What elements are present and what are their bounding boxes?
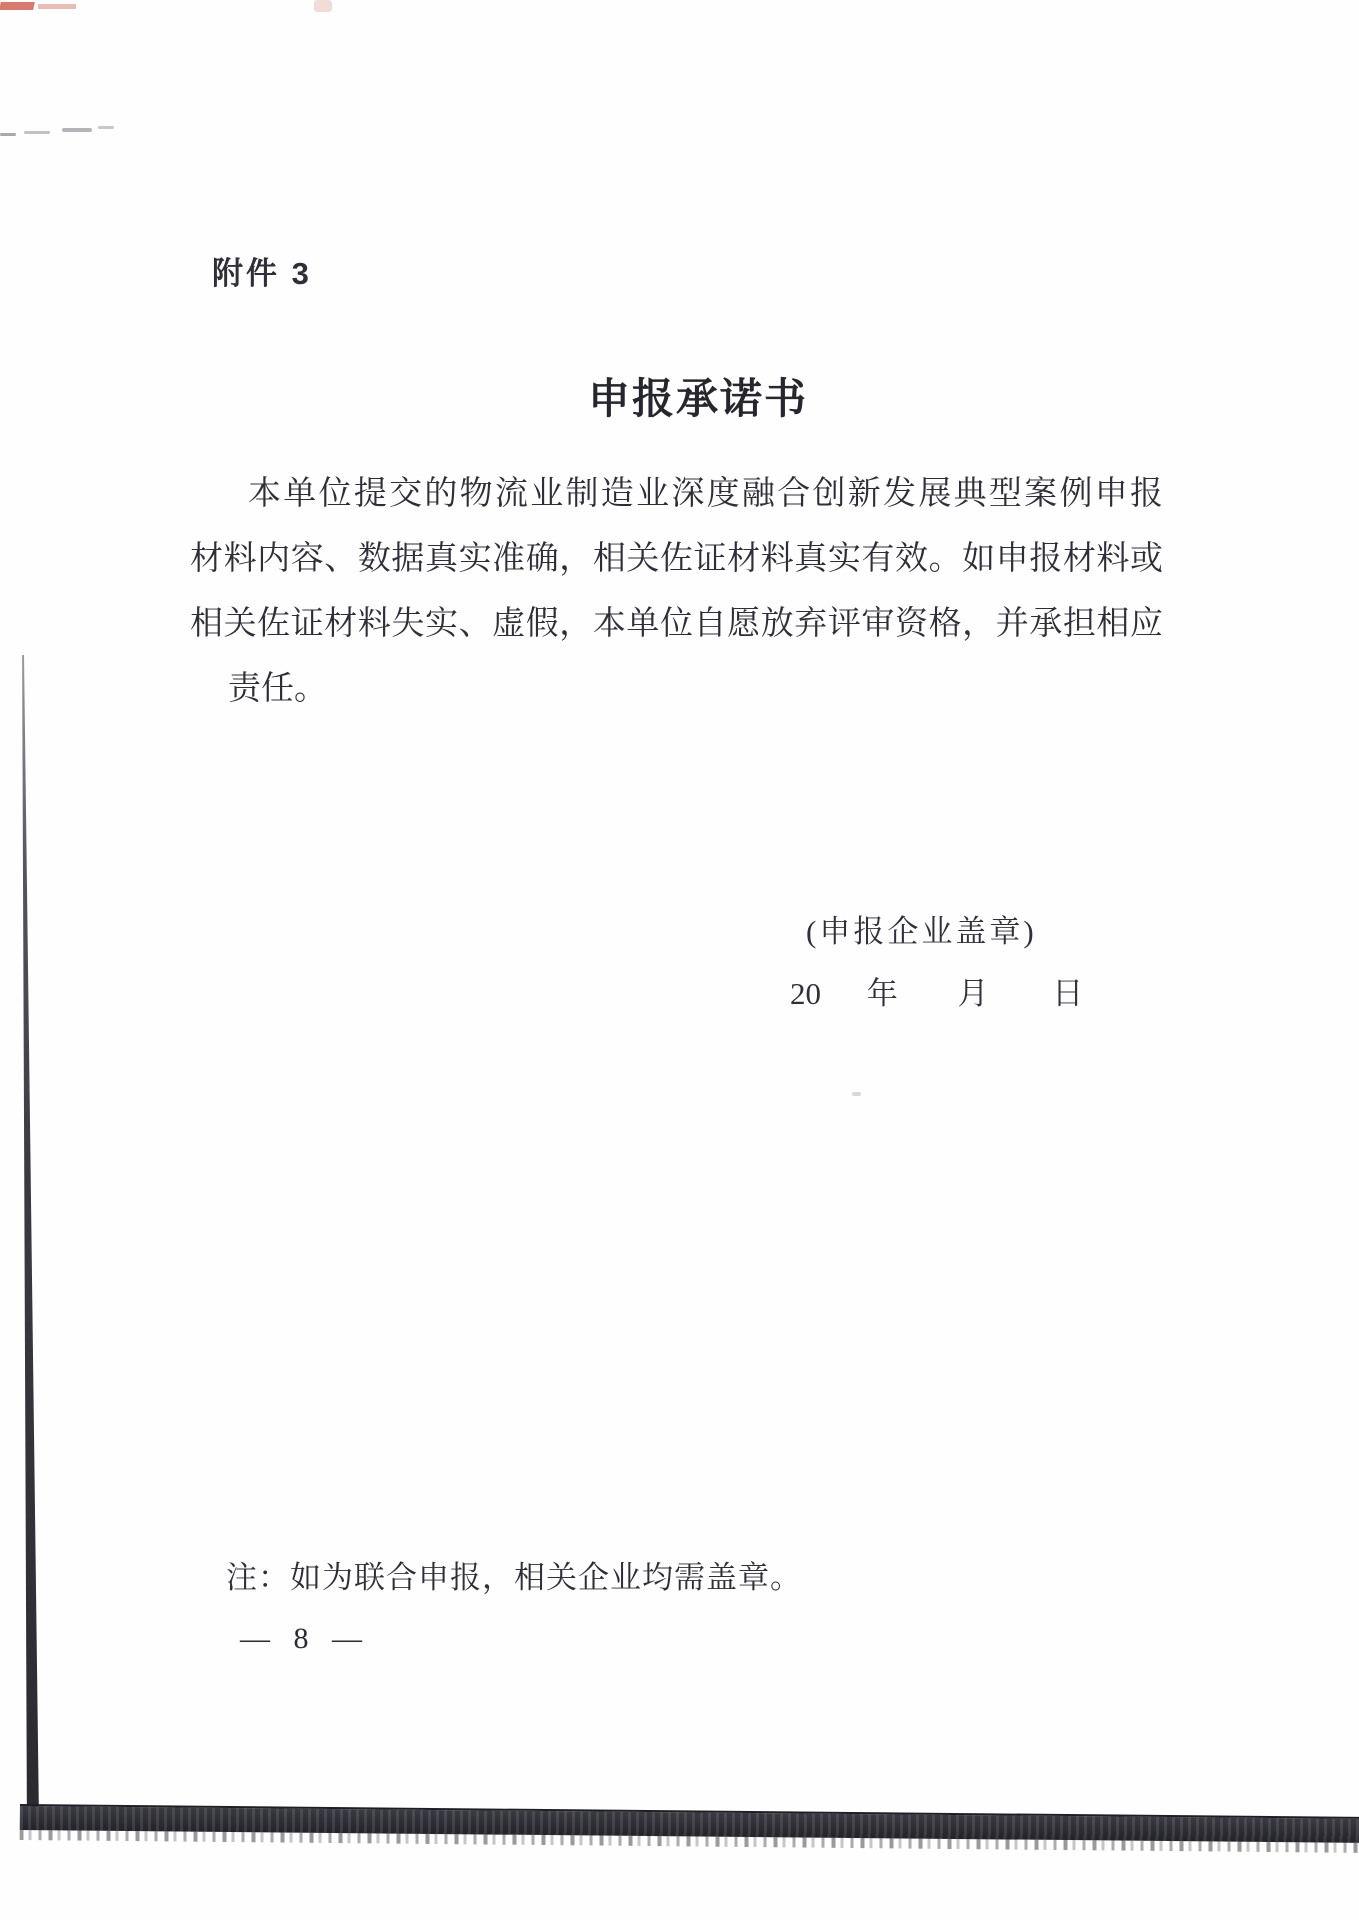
footnote: 注：如为联合申报，相关企业均需盖章。 — [226, 1552, 802, 1597]
scan-gray-dash — [24, 131, 50, 134]
paragraph-line: 本单位提交的物流业制造业深度融合创新发展典型案例申报 — [190, 462, 1163, 527]
document-title: 申报承诺书 — [588, 366, 808, 426]
commitment-paragraph: 本单位提交的物流业制造业深度融合创新发展典型案例申报 材料内容、数据真实准确，相… — [190, 462, 1163, 722]
scan-gray-dash — [62, 128, 92, 132]
scan-pink-smudge — [314, 0, 332, 12]
scan-red-mark — [38, 4, 76, 9]
scan-speck — [852, 1092, 861, 1096]
date-day-label: 日 — [1052, 968, 1083, 1013]
seal-placeholder-label: (申报企业盖章) — [806, 906, 1037, 951]
scanned-document-page: 附件 3 申报承诺书 本单位提交的物流业制造业深度融合创新发展典型案例申报 材料… — [0, 0, 1359, 1920]
date-year-prefix: 20 — [790, 976, 821, 1012]
scan-left-edge-shadow — [18, 655, 42, 1813]
paragraph-line: 材料内容、数据真实准确，相关佐证材料真实有效。如申报材料或 — [190, 527, 1163, 592]
date-line: 20 年 月 日 — [790, 968, 1083, 1013]
scan-bottom-edge — [20, 1804, 1359, 1853]
paragraph-line: 责任。 — [228, 657, 1163, 722]
scan-gray-dash — [98, 126, 114, 129]
attachment-label: 附件 3 — [212, 248, 312, 293]
date-year-label: 年 — [867, 968, 898, 1013]
paragraph-line: 相关佐证材料失实、虚假，本单位自愿放弃评审资格，并承担相应 — [190, 592, 1163, 657]
page-number: — 8 — — [240, 1622, 370, 1656]
scan-gray-dash — [0, 133, 16, 136]
date-month-label: 月 — [958, 968, 989, 1013]
scan-red-mark — [0, 2, 35, 10]
